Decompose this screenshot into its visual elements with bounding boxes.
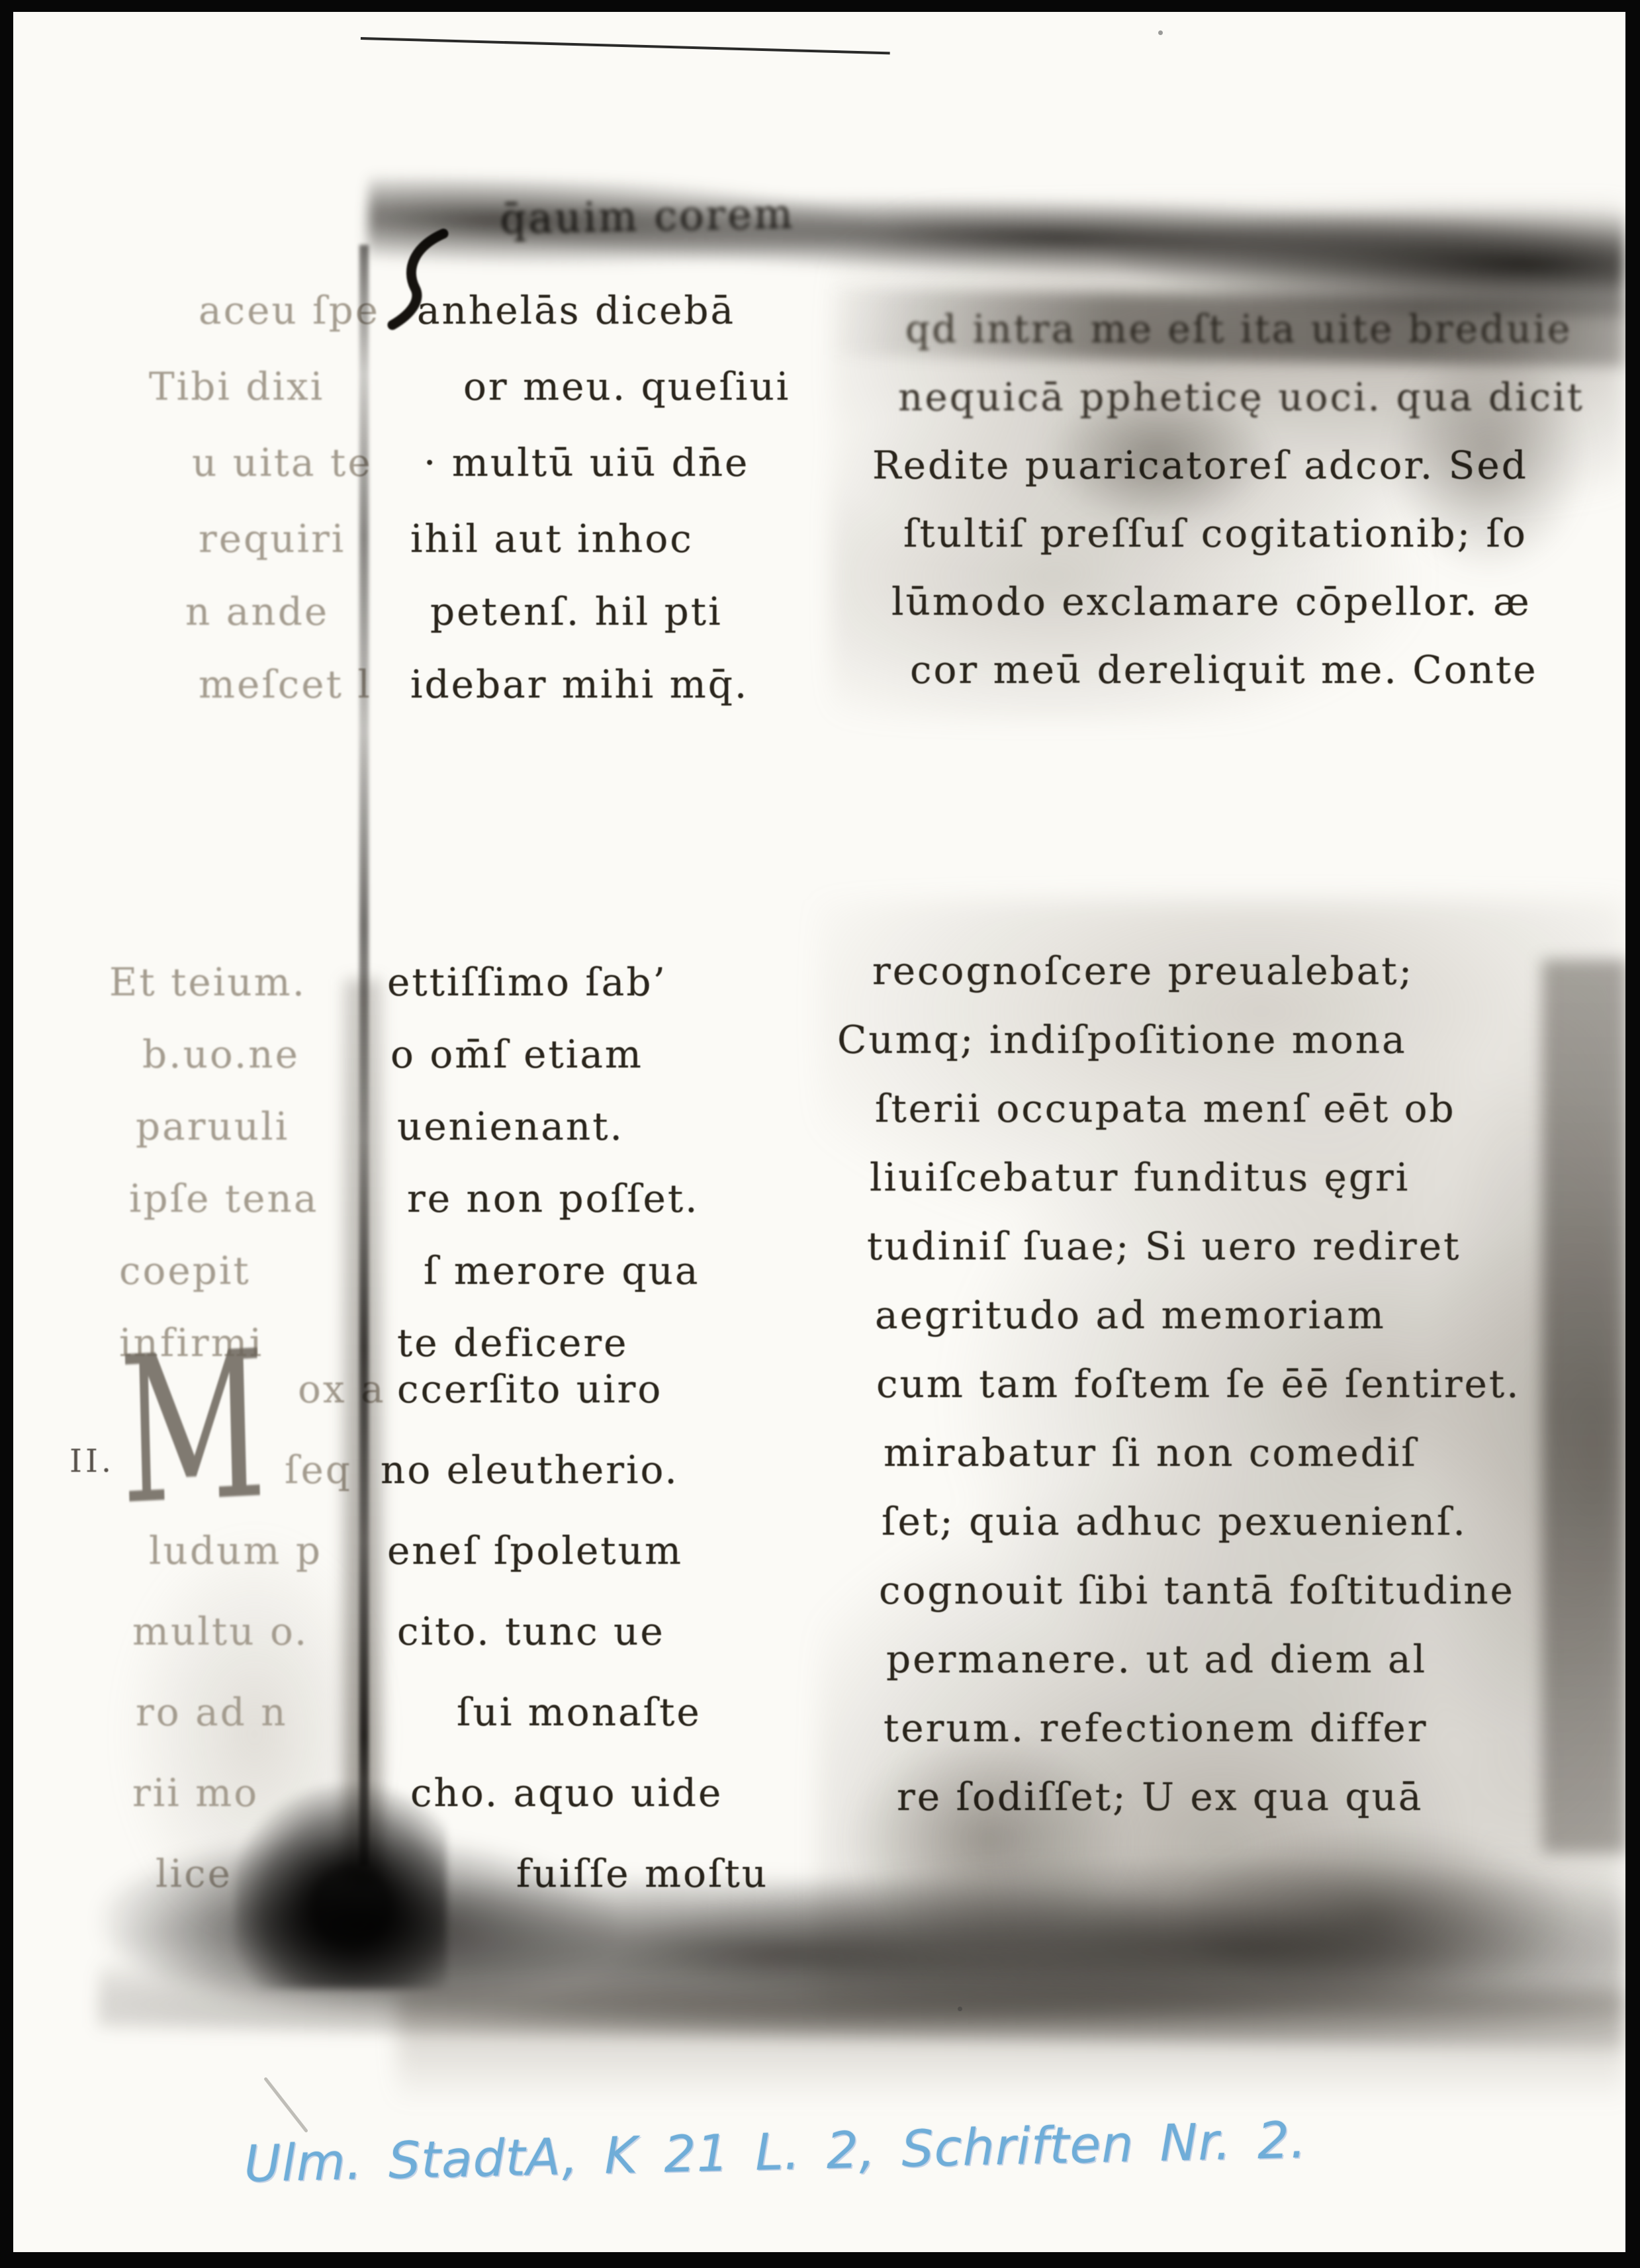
manuscript-line-fragment: q̄auim corem	[500, 193, 795, 240]
manuscript-line-fragment: requiri	[199, 520, 345, 558]
photo-frame-edge	[0, 2252, 1640, 2268]
manuscript-line-fragment: recognoſcere preualebat;	[872, 952, 1414, 990]
manuscript-line-fragment: ſ merore qua	[424, 1251, 700, 1290]
ink-stroke-mark	[381, 228, 480, 334]
manuscript-line-fragment: u uita te	[192, 443, 373, 482]
manuscript-line-fragment: lice	[156, 1854, 232, 1893]
manuscript-line-fragment: o om̄ſ etiam	[390, 1035, 643, 1073]
manuscript-line-fragment: ſtultiſ preſſuſ cogitationib; ſo	[903, 514, 1527, 553]
manuscript-line-fragment: or meu. queſiui	[463, 367, 790, 406]
manuscript-line-fragment: re ſodiſſet; U ex qua quā	[897, 1778, 1423, 1816]
manuscript-line-fragment: multu o.	[132, 1612, 308, 1651]
photo-frame-edge	[0, 0, 1640, 12]
manuscript-line-fragment: ccerſito uiro	[397, 1370, 662, 1408]
manuscript-line-fragment: paruuli	[136, 1107, 289, 1146]
manuscript-line-fragment: Cumq; indiſpoſitione mona	[837, 1021, 1407, 1059]
smudge-bottom-fade	[397, 1992, 1625, 2105]
manuscript-line-fragment: fuiſſe moſtu	[516, 1854, 768, 1893]
manuscript-line-fragment: tudiniſ ſuae; Si uero rediret	[867, 1227, 1461, 1265]
manuscript-line-fragment: qd intra me eſt ita uite breduie	[905, 310, 1572, 348]
manuscript-line-fragment: cor meū dereliquit me. Conte	[910, 651, 1538, 689]
manuscript-line-fragment: ſterii occupata menſ eēt ob	[875, 1089, 1456, 1128]
manuscript-line-fragment: cognouit ſibi tantā foſtitudine	[879, 1571, 1515, 1610]
cover-sheet-edge-line	[361, 37, 890, 54]
manuscript-line-fragment: Et teium.	[109, 963, 306, 1001]
manuscript-line-fragment: terum. refectionem differ	[884, 1709, 1428, 1747]
dust-speck	[958, 2007, 962, 2011]
manuscript-line-fragment: Redite puaricatoreſ adcor. Sed	[872, 446, 1528, 484]
manuscript-line-fragment: petenſ. hil pti	[430, 592, 723, 631]
manuscript-line-fragment: b.uo.ne	[142, 1035, 300, 1073]
manuscript-line-fragment: ihil aut inhoc	[410, 520, 694, 558]
pencil-check-mark	[263, 2077, 308, 2133]
manuscript-line-fragment: cito. tunc ue	[397, 1612, 665, 1651]
manuscript-line-fragment: nequicā ppheticę uoci. qua dicit	[898, 378, 1584, 416]
manuscript-line-fragment: cum tam foſtem ſe ēē ſentiret.	[876, 1365, 1521, 1403]
manuscript-line-fragment: ox a	[298, 1370, 386, 1408]
dust-speck	[1158, 30, 1163, 35]
manuscript-line-fragment: ſet; quia adhuc pexuenienſ.	[882, 1502, 1467, 1541]
smudge-right-edge	[1542, 960, 1628, 1853]
manuscript-line-fragment: liuiſcebatur funditus ęgri	[870, 1158, 1410, 1197]
manuscript-line-fragment: no eleutherio.	[381, 1451, 679, 1489]
manuscript-line-fragment: idebar mihi mq̄.	[410, 665, 749, 703]
manuscript-line-fragment: ettiſſimo ſab’	[387, 963, 667, 1001]
manuscript-line-fragment: ro ad n	[136, 1693, 288, 1731]
chapter-initial-m: M	[118, 1344, 268, 1514]
archive-shelfmark-annotation: Ulm. StadtA, K 21 L. 2, Schriften Nr. 2.	[244, 2115, 1307, 2189]
manuscript-line-fragment: mirabatur ſi non comediſ	[884, 1433, 1418, 1472]
manuscript-line-fragment: n ande	[185, 592, 329, 631]
manuscript-line-fragment: coepit	[119, 1251, 251, 1290]
manuscript-line-fragment: permanere. ut ad diem al	[886, 1640, 1427, 1678]
manuscript-line-fragment: aegritudo ad memoriam	[875, 1296, 1386, 1334]
manuscript-line-fragment: · multū uiū dn̄e	[424, 443, 749, 482]
gutter-fold-line	[359, 245, 369, 1866]
manuscript-line-fragment: re non poſſet.	[407, 1179, 700, 1218]
smudge-patch	[1158, 1800, 1588, 2012]
manuscript-line-fragment: eneſ ſpoletum	[387, 1531, 683, 1570]
manuscript-line-fragment: meſcet l	[199, 665, 372, 703]
manuscript-line-fragment: aceu ſpe	[199, 291, 380, 330]
manuscript-line-fragment: ſeq	[285, 1451, 352, 1489]
smudge-bottom-band	[98, 1790, 1627, 2049]
photo-frame-edge	[0, 0, 13, 2268]
manuscript-line-fragment: ſui monaſte	[457, 1693, 702, 1731]
manuscript-line-fragment: cho. aquo uide	[410, 1774, 723, 1812]
manuscript-line-fragment: Tibi dixi	[149, 367, 324, 406]
manuscript-line-fragment: uenienant.	[397, 1107, 624, 1146]
manuscript-line-fragment: ipſe tena	[129, 1179, 318, 1218]
gutter-fold-shadow	[345, 979, 381, 1886]
manuscript-line-fragment: ludum p	[149, 1531, 322, 1570]
margin-chapter-numeral: II.	[69, 1443, 114, 1480]
manuscript-line-fragment: te deficere	[397, 1324, 628, 1362]
manuscript-line-fragment: lūmodo exclamare cōpellor. æ	[891, 582, 1531, 621]
manuscript-line-fragment: rii mo	[132, 1774, 259, 1812]
photo-frame-edge	[1625, 0, 1640, 2268]
manuscript-photo-page: q̄auim corem aceu ſpe anhelās dicebā Tib…	[0, 0, 1640, 2268]
